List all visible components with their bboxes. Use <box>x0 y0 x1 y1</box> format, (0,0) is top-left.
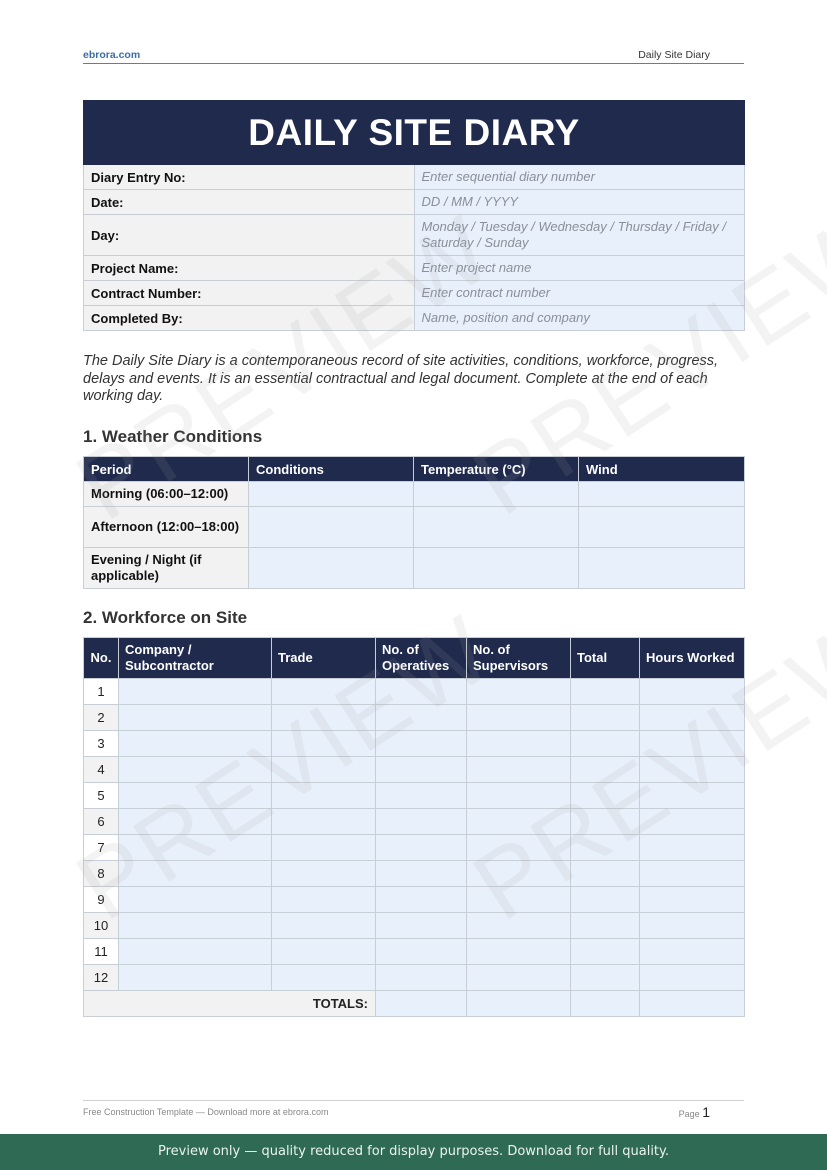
diary-details-table: DAILY SITE DIARY Diary Entry No: Enter s… <box>83 100 745 331</box>
trade-cell[interactable] <box>272 783 376 809</box>
column-header: Wind <box>579 457 745 482</box>
wind-cell[interactable] <box>579 548 745 589</box>
operatives-cell[interactable] <box>376 783 467 809</box>
company-cell[interactable] <box>119 679 272 705</box>
total-cell[interactable] <box>571 783 640 809</box>
company-cell[interactable] <box>119 913 272 939</box>
hours-cell[interactable] <box>640 887 745 913</box>
operatives-cell[interactable] <box>376 861 467 887</box>
total-operatives-cell[interactable] <box>376 991 467 1017</box>
total-cell[interactable] <box>571 913 640 939</box>
company-cell[interactable] <box>119 861 272 887</box>
workforce-heading: 2. Workforce on Site <box>83 608 247 628</box>
company-cell[interactable] <box>119 705 272 731</box>
table-row: 11 <box>84 939 745 965</box>
wind-cell[interactable] <box>579 507 745 548</box>
supervisors-cell[interactable] <box>467 939 571 965</box>
temperature-cell[interactable] <box>414 548 579 589</box>
operatives-cell[interactable] <box>376 965 467 991</box>
conditions-cell[interactable] <box>249 507 414 548</box>
company-cell[interactable] <box>119 887 272 913</box>
supervisors-cell[interactable] <box>467 679 571 705</box>
total-cell[interactable] <box>571 757 640 783</box>
hours-cell[interactable] <box>640 939 745 965</box>
table-row: 6 <box>84 809 745 835</box>
hours-cell[interactable] <box>640 809 745 835</box>
page-title: DAILY SITE DIARY <box>84 101 745 165</box>
total-supervisors-cell[interactable] <box>467 991 571 1017</box>
operatives-cell[interactable] <box>376 939 467 965</box>
column-header: Trade <box>272 638 376 679</box>
workforce-table: No. Company / Subcontractor Trade No. of… <box>83 637 745 1017</box>
company-cell[interactable] <box>119 965 272 991</box>
hours-cell[interactable] <box>640 757 745 783</box>
row-number: 12 <box>84 965 119 991</box>
temperature-cell[interactable] <box>414 482 579 507</box>
supervisors-cell[interactable] <box>467 783 571 809</box>
company-cell[interactable] <box>119 809 272 835</box>
row-number: 11 <box>84 939 119 965</box>
row-number: 3 <box>84 731 119 757</box>
header-doc-title: Daily Site Diary <box>638 49 710 61</box>
trade-cell[interactable] <box>272 757 376 783</box>
period-label: Evening / Night (if applicable) <box>84 548 249 589</box>
page-indicator: Page 1 <box>679 1104 710 1120</box>
operatives-cell[interactable] <box>376 679 467 705</box>
hours-cell[interactable] <box>640 705 745 731</box>
temperature-cell[interactable] <box>414 507 579 548</box>
operatives-cell[interactable] <box>376 913 467 939</box>
supervisors-cell[interactable] <box>467 809 571 835</box>
field-label: Project Name: <box>84 256 415 281</box>
wind-cell[interactable] <box>579 482 745 507</box>
completed-by-field[interactable]: Name, position and company <box>414 306 745 331</box>
table-row: 2 <box>84 705 745 731</box>
field-label: Diary Entry No: <box>84 165 415 190</box>
period-label: Afternoon (12:00–18:00) <box>84 507 249 548</box>
column-header: No. of Supervisors <box>467 638 571 679</box>
column-header: Total <box>571 638 640 679</box>
table-row: Morning (06:00–12:00) <box>84 482 745 507</box>
total-cell[interactable] <box>571 887 640 913</box>
column-header: No. of Operatives <box>376 638 467 679</box>
page-number: 1 <box>702 1104 710 1120</box>
field-label: Contract Number: <box>84 281 415 306</box>
trade-cell[interactable] <box>272 887 376 913</box>
totals-label: TOTALS: <box>84 991 376 1017</box>
trade-cell[interactable] <box>272 861 376 887</box>
intro-paragraph: The Daily Site Diary is a contemporaneou… <box>83 353 743 406</box>
table-row: 1 <box>84 679 745 705</box>
operatives-cell[interactable] <box>376 731 467 757</box>
column-header: Hours Worked <box>640 638 745 679</box>
company-cell[interactable] <box>119 835 272 861</box>
trade-cell[interactable] <box>272 679 376 705</box>
operatives-cell[interactable] <box>376 809 467 835</box>
company-cell[interactable] <box>119 731 272 757</box>
hours-cell[interactable] <box>640 861 745 887</box>
hours-cell[interactable] <box>640 965 745 991</box>
period-label: Morning (06:00–12:00) <box>84 482 249 507</box>
date-field[interactable]: DD / MM / YYYY <box>414 190 745 215</box>
column-header: Period <box>84 457 249 482</box>
column-header: Temperature (°C) <box>414 457 579 482</box>
day-field[interactable]: Monday / Tuesday / Wednesday / Thursday … <box>414 215 745 256</box>
row-number: 10 <box>84 913 119 939</box>
supervisors-cell[interactable] <box>467 835 571 861</box>
trade-cell[interactable] <box>272 835 376 861</box>
total-cell[interactable] <box>571 731 640 757</box>
table-row: 8 <box>84 861 745 887</box>
row-number: 7 <box>84 835 119 861</box>
table-row: 10 <box>84 913 745 939</box>
table-row: Evening / Night (if applicable) <box>84 548 745 589</box>
page-label: Page <box>679 1109 700 1119</box>
diary-entry-no-field[interactable]: Enter sequential diary number <box>414 165 745 190</box>
total-cell[interactable] <box>571 939 640 965</box>
site-link[interactable]: ebrora.com <box>83 49 140 61</box>
table-row: 7 <box>84 835 745 861</box>
contract-number-field[interactable]: Enter contract number <box>414 281 745 306</box>
row-number: 6 <box>84 809 119 835</box>
table-row: 3 <box>84 731 745 757</box>
hours-cell[interactable] <box>640 783 745 809</box>
supervisors-cell[interactable] <box>467 965 571 991</box>
trade-cell[interactable] <box>272 965 376 991</box>
company-cell[interactable] <box>119 783 272 809</box>
supervisors-cell[interactable] <box>467 887 571 913</box>
operatives-cell[interactable] <box>376 835 467 861</box>
project-name-field[interactable]: Enter project name <box>414 256 745 281</box>
total-cell[interactable] <box>571 835 640 861</box>
row-number: 2 <box>84 705 119 731</box>
table-row: 9 <box>84 887 745 913</box>
hours-cell[interactable] <box>640 913 745 939</box>
supervisors-cell[interactable] <box>467 861 571 887</box>
field-label: Day: <box>84 215 415 256</box>
trade-cell[interactable] <box>272 939 376 965</box>
trade-cell[interactable] <box>272 705 376 731</box>
field-label: Completed By: <box>84 306 415 331</box>
page-footer: Free Construction Template — Download mo… <box>83 1100 744 1101</box>
supervisors-cell[interactable] <box>467 705 571 731</box>
total-cell[interactable] <box>571 809 640 835</box>
conditions-cell[interactable] <box>249 548 414 589</box>
total-cell[interactable] <box>571 965 640 991</box>
trade-cell[interactable] <box>272 731 376 757</box>
conditions-cell[interactable] <box>249 482 414 507</box>
row-number: 4 <box>84 757 119 783</box>
hours-cell[interactable] <box>640 731 745 757</box>
totals-row: TOTALS: <box>84 991 745 1017</box>
total-cell[interactable] <box>571 861 640 887</box>
total-cell[interactable] <box>571 679 640 705</box>
supervisors-cell[interactable] <box>467 913 571 939</box>
trade-cell[interactable] <box>272 913 376 939</box>
row-number: 5 <box>84 783 119 809</box>
row-number: 1 <box>84 679 119 705</box>
operatives-cell[interactable] <box>376 705 467 731</box>
table-row: 5 <box>84 783 745 809</box>
row-number: 8 <box>84 861 119 887</box>
column-header: Conditions <box>249 457 414 482</box>
operatives-cell[interactable] <box>376 887 467 913</box>
hours-cell[interactable] <box>640 835 745 861</box>
grand-total-cell[interactable] <box>571 991 640 1017</box>
preview-banner: Preview only — quality reduced for displ… <box>0 1134 827 1170</box>
weather-heading: 1. Weather Conditions <box>83 427 262 447</box>
total-hours-cell[interactable] <box>640 991 745 1017</box>
company-cell[interactable] <box>119 757 272 783</box>
trade-cell[interactable] <box>272 809 376 835</box>
supervisors-cell[interactable] <box>467 757 571 783</box>
row-number: 9 <box>84 887 119 913</box>
hours-cell[interactable] <box>640 679 745 705</box>
footer-text: Free Construction Template — Download mo… <box>83 1107 328 1117</box>
company-cell[interactable] <box>119 939 272 965</box>
column-header: No. <box>84 638 119 679</box>
field-label: Date: <box>84 190 415 215</box>
table-row: Afternoon (12:00–18:00) <box>84 507 745 548</box>
table-row: 12 <box>84 965 745 991</box>
page-header: ebrora.com Daily Site Diary <box>83 48 744 64</box>
weather-table: Period Conditions Temperature (°C) Wind … <box>83 456 745 589</box>
total-cell[interactable] <box>571 705 640 731</box>
column-header: Company / Subcontractor <box>119 638 272 679</box>
table-row: 4 <box>84 757 745 783</box>
operatives-cell[interactable] <box>376 757 467 783</box>
supervisors-cell[interactable] <box>467 731 571 757</box>
